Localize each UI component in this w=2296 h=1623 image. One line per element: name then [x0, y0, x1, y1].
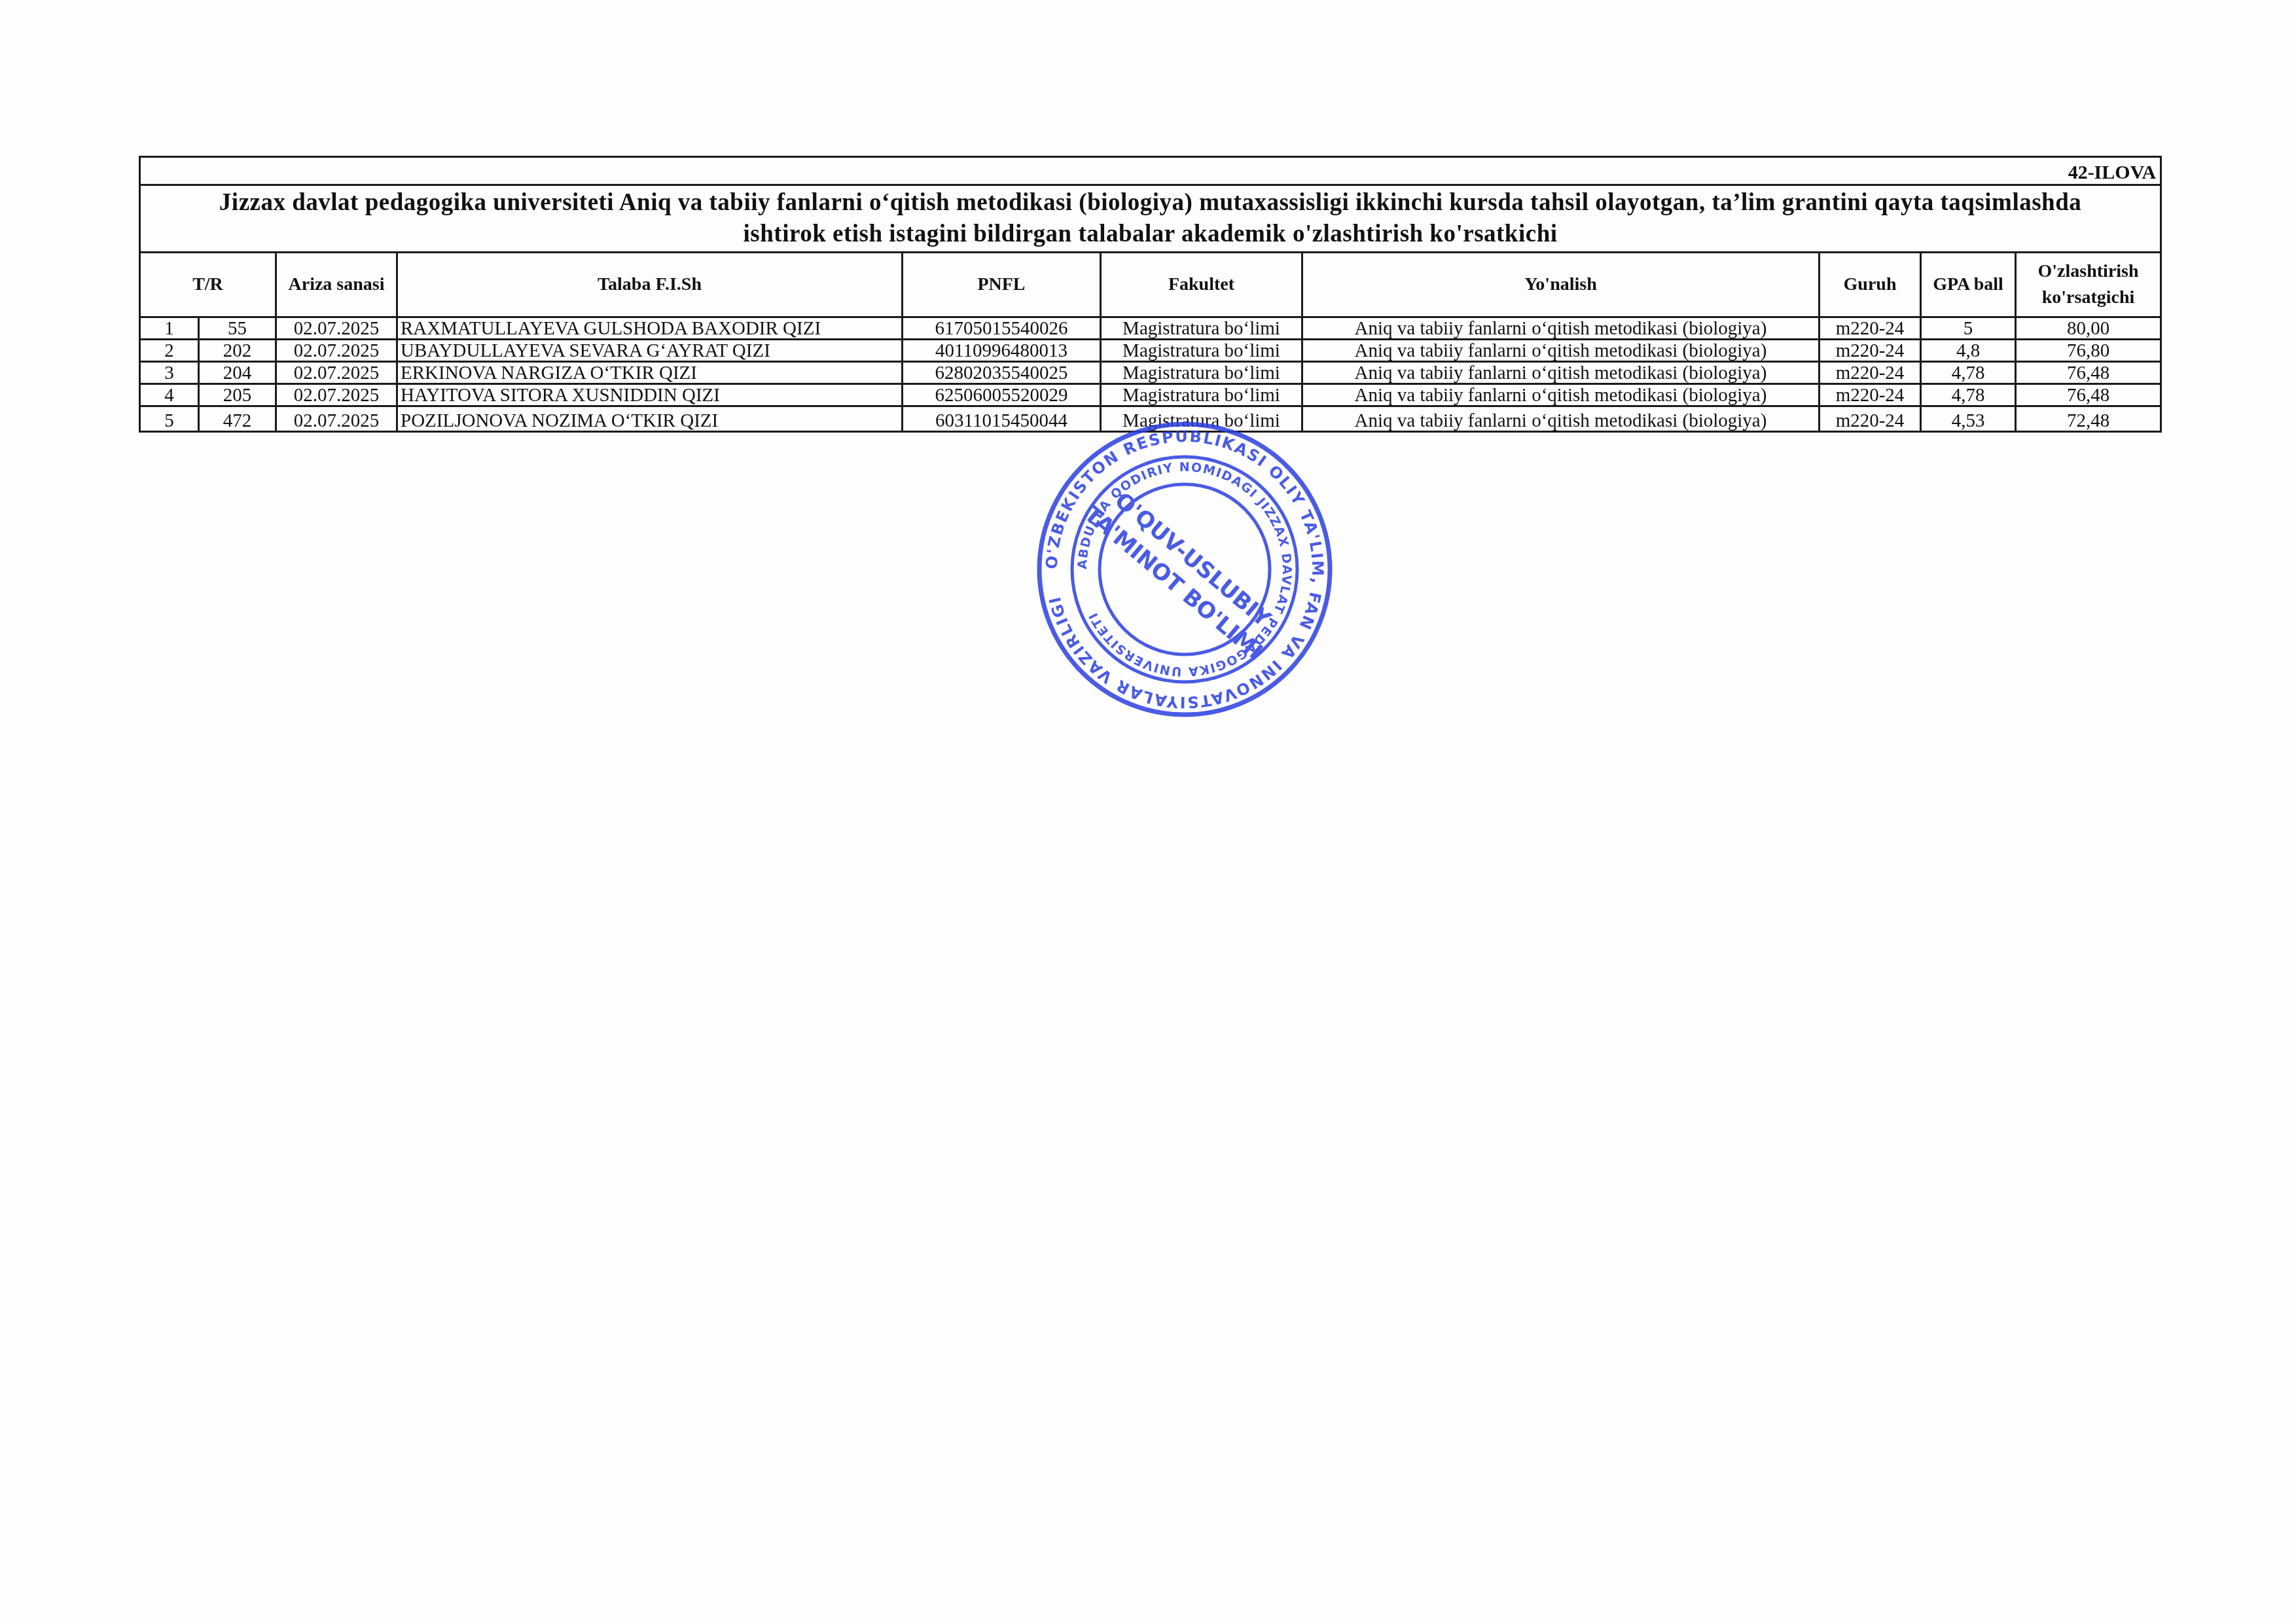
mastery-score-cell: 76,80 [2016, 340, 2161, 362]
title-line-1: Jizzax davlat pedagogika universiteti An… [145, 187, 2156, 219]
header-name: Talaba F.I.Sh [397, 253, 903, 317]
row-number-cell: 3 [140, 362, 199, 384]
direction-cell: Aniq va tabiiy fanlarni o‘qitish metodik… [1302, 362, 1820, 384]
gpa-score-cell: 4,8 [1921, 340, 2016, 362]
table-header-row: T/R Ariza sanasi Talaba F.I.Sh PNFL Faku… [140, 253, 2161, 317]
group-cell: m220-24 [1820, 384, 1921, 406]
header-mastery-line-1: O'zlashtirish [2020, 259, 2156, 285]
application-date-cell: 02.07.2025 [276, 340, 397, 362]
svg-text:ABDULLA QODIRIY NOMIDAGI JIZZA: ABDULLA QODIRIY NOMIDAGI JIZZAX DAVLAT P… [1075, 460, 1294, 679]
row-number-cell: 5 [140, 406, 199, 432]
direction-cell: Aniq va tabiiy fanlarni o‘qitish metodik… [1302, 406, 1820, 432]
table-row: 547202.07.2025POZILJONOVA NOZIMA O‘TKIR … [140, 406, 2161, 432]
table-row: 220202.07.2025UBAYDULLAYEVA SEVARA G‘AYR… [140, 340, 2161, 362]
gpa-score-cell: 4,53 [1921, 406, 2016, 432]
student-name-cell: UBAYDULLAYEVA SEVARA G‘AYRAT QIZI [397, 340, 903, 362]
application-date-cell: 02.07.2025 [276, 406, 397, 432]
mastery-score-cell: 72,48 [2016, 406, 2161, 432]
application-date-cell: 02.07.2025 [276, 362, 397, 384]
group-cell: m220-24 [1820, 317, 1921, 340]
official-stamp: O'ZBEKISTON RESPUBLIKASI OLIY TA'LIM, FA… [1034, 419, 1335, 720]
mastery-score-cell: 76,48 [2016, 362, 2161, 384]
faculty-cell: Magistratura bo‘limi [1101, 384, 1302, 406]
student-name-cell: RAXMATULLAYEVA GULSHODA BAXODIR QIZI [397, 317, 903, 340]
application-date-cell: 02.07.2025 [276, 317, 397, 340]
pnfl-code-cell: 40110996480013 [903, 340, 1101, 362]
stamp-outer-text: O'ZBEKISTON RESPUBLIKASI OLIY TA'LIM, FA… [1043, 427, 1327, 711]
stamp-inner-text: ABDULLA QODIRIY NOMIDAGI JIZZAX DAVLAT P… [1075, 460, 1294, 679]
document-page: 42-ILOVA Jizzax davlat pedagogika univer… [0, 0, 2296, 1623]
header-pnfl: PNFL [903, 253, 1101, 317]
faculty-cell: Magistratura bo‘limi [1101, 317, 1302, 340]
mastery-score-cell: 76,48 [2016, 384, 2161, 406]
student-name-cell: POZILJONOVA NOZIMA O‘TKIR QIZI [397, 406, 903, 432]
header-date: Ariza sanasi [276, 253, 397, 317]
application-id-cell: 202 [199, 340, 276, 362]
application-id-cell: 55 [199, 317, 276, 340]
pnfl-code-cell: 60311015450044 [903, 406, 1101, 432]
appendix-row: 42-ILOVA [140, 157, 2161, 185]
row-number-cell: 1 [140, 317, 199, 340]
faculty-cell: Magistratura bo‘limi [1101, 406, 1302, 432]
faculty-cell: Magistratura bo‘limi [1101, 362, 1302, 384]
student-name-cell: HAYITOVA SITORA XUSNIDDIN QIZI [397, 384, 903, 406]
header-tr: T/R [140, 253, 276, 317]
title-line-2: ishtirok etish istagini bildirgan talaba… [145, 219, 2156, 250]
pnfl-code-cell: 62506005520029 [903, 384, 1101, 406]
header-faculty: Fakultet [1101, 253, 1302, 317]
gpa-score-cell: 4,78 [1921, 384, 2016, 406]
header-mastery-line-2: ko'rsatgichi [2020, 285, 2156, 311]
application-id-cell: 472 [199, 406, 276, 432]
title-row: Jizzax davlat pedagogika universiteti An… [140, 185, 2161, 253]
pnfl-code-cell: 62802035540025 [903, 362, 1101, 384]
mastery-score-cell: 80,00 [2016, 317, 2161, 340]
application-date-cell: 02.07.2025 [276, 384, 397, 406]
stamp-inner-ring [1100, 484, 1270, 654]
direction-cell: Aniq va tabiiy fanlarni o‘qitish metodik… [1302, 340, 1820, 362]
application-id-cell: 205 [199, 384, 276, 406]
gpa-score-cell: 5 [1921, 317, 2016, 340]
group-cell: m220-24 [1820, 340, 1921, 362]
group-cell: m220-24 [1820, 406, 1921, 432]
faculty-cell: Magistratura bo‘limi [1101, 340, 1302, 362]
group-cell: m220-24 [1820, 362, 1921, 384]
stamp-middle-ring [1072, 457, 1297, 682]
direction-cell: Aniq va tabiiy fanlarni o‘qitish metodik… [1302, 317, 1820, 340]
table-row: 15502.07.2025RAXMATULLAYEVA GULSHODA BAX… [140, 317, 2161, 340]
row-number-cell: 2 [140, 340, 199, 362]
document-title: Jizzax davlat pedagogika universiteti An… [140, 185, 2161, 253]
table-row: 320402.07.2025ERKINOVA NARGIZA O‘TKIR QI… [140, 362, 2161, 384]
table-row: 420502.07.2025HAYITOVA SITORA XUSNIDDIN … [140, 384, 2161, 406]
header-mastery: O'zlashtirish ko'rsatgichi [2016, 253, 2161, 317]
stamp-center-line-2: TA'MINOT BO'LIMI [1079, 501, 1268, 665]
pnfl-code-cell: 61705015540026 [903, 317, 1101, 340]
svg-text:O'ZBEKISTON RESPUBLIKASI OLIY: O'ZBEKISTON RESPUBLIKASI OLIY TA'LIM, FA… [1043, 427, 1327, 711]
direction-cell: Aniq va tabiiy fanlarni o‘qitish metodik… [1302, 384, 1820, 406]
student-name-cell: ERKINOVA NARGIZA O‘TKIR QIZI [397, 362, 903, 384]
row-number-cell: 4 [140, 384, 199, 406]
table-body: 15502.07.2025RAXMATULLAYEVA GULSHODA BAX… [140, 317, 2161, 432]
application-id-cell: 204 [199, 362, 276, 384]
appendix-label: 42-ILOVA [140, 157, 2161, 185]
student-performance-table: 42-ILOVA Jizzax davlat pedagogika univer… [139, 156, 2162, 433]
gpa-score-cell: 4,78 [1921, 362, 2016, 384]
header-gpa: GPA ball [1921, 253, 2016, 317]
stamp-outer-ring [1039, 424, 1330, 715]
header-group: Guruh [1820, 253, 1921, 317]
header-direction: Yo'nalish [1302, 253, 1820, 317]
stamp-center-line-1: O'QUV-USLUBIY [1110, 488, 1276, 633]
